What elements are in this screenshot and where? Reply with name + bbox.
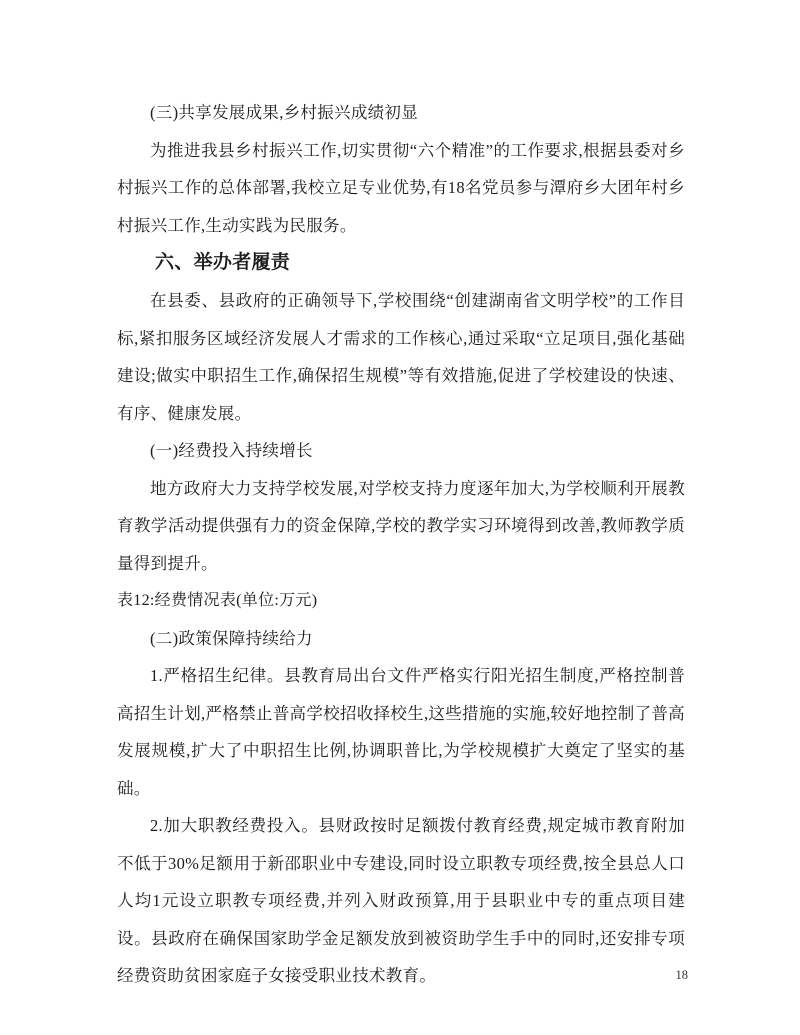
body-paragraph: 地方政府大力支持学校发展,对学校支持力度逐年加大,为学校顺利开展教育教学活动提供… — [117, 470, 685, 583]
table-caption: 表12:经费情况表(单位:万元) — [117, 582, 685, 620]
body-paragraph: 2.加大职教经费投入。县财政按时足额拨付教育经费,规定城市教育附加不低于30%足… — [117, 807, 685, 995]
body-paragraph: 为推进我县乡村振兴工作,切实贯彻“六个精准”的工作要求,根据县委对乡村振兴工作的… — [117, 132, 685, 245]
section-subheading-2: (二)政策保障持续给力 — [117, 620, 685, 658]
section-heading-6: 六、举办者履责 — [117, 244, 685, 282]
page-number: 18 — [676, 967, 689, 983]
body-paragraph: 1.严格招生纪律。县教育局出台文件严格实行阳光招生制度,严格控制普高招生计划,严… — [117, 657, 685, 807]
section-subheading-1: (一)经费投入持续增长 — [117, 432, 685, 470]
section-subheading-3: (三)共享发展成果,乡村振兴成绩初显 — [117, 94, 685, 132]
document-page: (三)共享发展成果,乡村振兴成绩初显 为推进我县乡村振兴工作,切实贯彻“六个精准… — [0, 0, 800, 1035]
document-content: (三)共享发展成果,乡村振兴成绩初显 为推进我县乡村振兴工作,切实贯彻“六个精准… — [117, 94, 685, 995]
body-paragraph: 在县委、县政府的正确领导下,学校围绕“创建湖南省文明学校”的工作目标,紧扣服务区… — [117, 282, 685, 432]
